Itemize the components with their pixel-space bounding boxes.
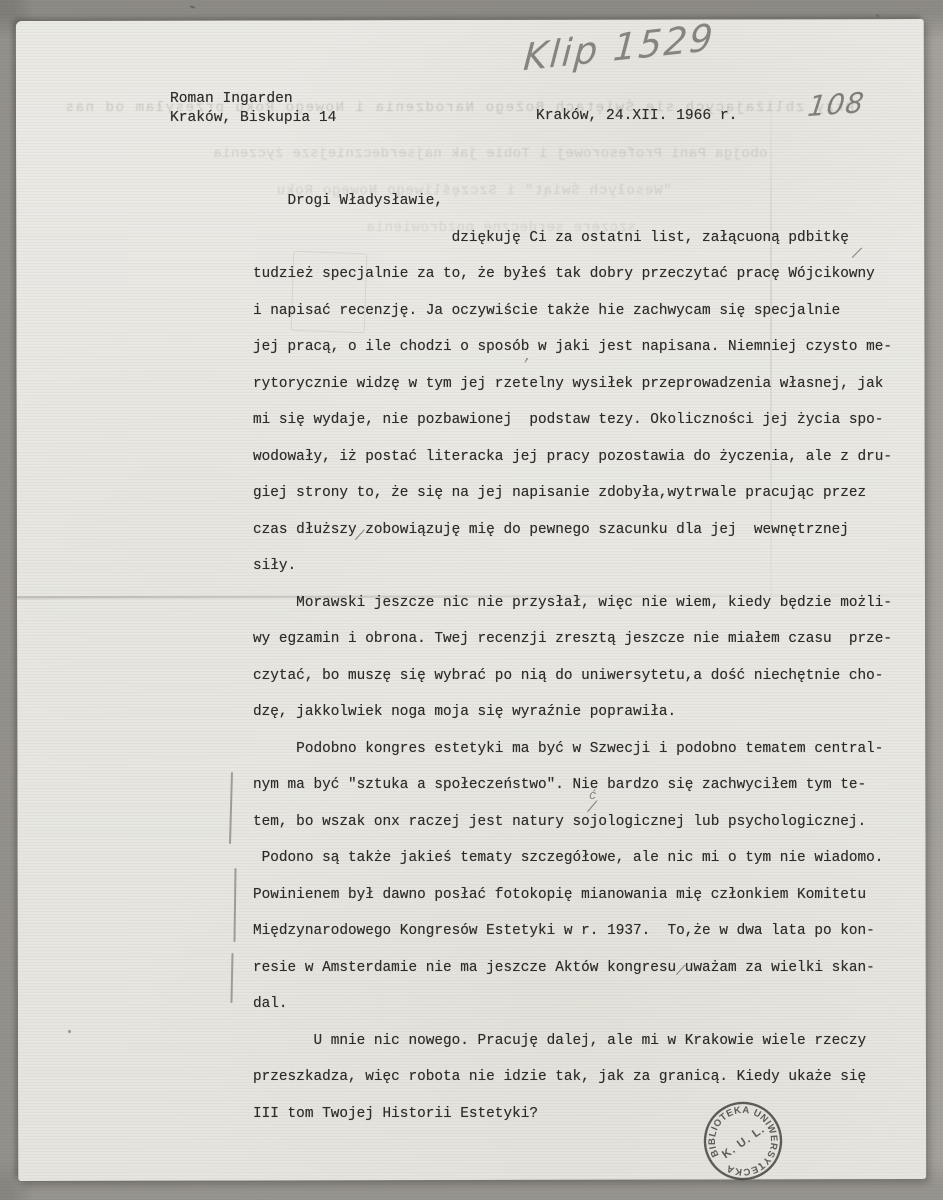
letter-line: siły. [253, 548, 892, 585]
letter-line: U mnie nic nowego. Pracuję dalej, ale mi… [253, 1023, 892, 1060]
letter-line: Podobno kongres estetyki ma być w Szwecj… [253, 731, 892, 768]
letter-line: dzę, jakkolwiek noga moja się wyraźnie p… [253, 694, 892, 731]
bleedthrough-line: obojga Pani Profesorowej i Tobie jak naj… [213, 146, 768, 162]
letter-line: mi się wydaje, nie pozbawionej podstaw t… [253, 402, 892, 439]
letter-line: rytorycznie widzę w tym jej rzetelny wys… [253, 366, 892, 403]
paper-speck [68, 1030, 71, 1033]
sender-address-block: Roman Ingarden Kraków, Biskupia 14 [170, 90, 336, 127]
letter-line: czytać, bo muszę się wybrać po nią do un… [253, 658, 892, 695]
letter-line: Podono są także jakieś tematy szczegółow… [253, 840, 892, 877]
letter-line: Drogi Władysławie, [253, 183, 892, 220]
pencil-correction-mark: / [675, 963, 686, 981]
letter-line: resie w Amsterdamie nie ma jeszcze Aktów… [253, 950, 892, 987]
letter-line: czas dłuższy zobowiązuję mię do pewnego … [253, 512, 892, 549]
letter-line: jej pracą, o ile chodzi o sposób w jaki … [253, 329, 892, 366]
letter-line: giej strony to, że się na jej napisanie … [253, 475, 892, 512]
letter-line: Morawski jeszcze nic nie przysłał, więc … [253, 585, 892, 622]
letter-line: nym ma być "sztuka a społeczeństwo". Nie… [253, 767, 892, 804]
pencil-correction-mark: / [586, 799, 597, 818]
handwritten-page-number: 108 [806, 86, 867, 123]
letter-body: Drogi Władysławie, dziękuję Ci za ostatn… [253, 183, 892, 1132]
stamp-center-text: K. U. L. [720, 1123, 767, 1161]
pencil-correction-mark: , [524, 349, 532, 365]
letter-line: Międzynarodowego Kongresów Estetyki w r.… [253, 913, 892, 950]
dateline: Kraków, 24.XII. 1966 r. [536, 108, 737, 124]
letter-line: tem, bo wszak onx raczej jest natury soj… [253, 804, 892, 841]
letter-line: tudzież specjalnie za to, że byłeś tak d… [253, 256, 892, 293]
scanned-letter-page: { "annotations": { "archive_code": "Klip… [0, 0, 943, 1200]
library-stamp: BIBLIOTEKA UNIWERSYTECKA • K. U. L. [687, 1085, 799, 1197]
paper-speck [190, 5, 195, 9]
letter-line: i napisać recenzję. Ja oczywiście także … [253, 293, 892, 330]
pencil-correction-mark: / [354, 528, 365, 546]
letter-line: Powinienem był dawno posłać fotokopię mi… [253, 877, 892, 914]
letter-line: dal. [253, 986, 892, 1023]
letter-line: wy egzamin i obrona. Twej recenzji zresz… [253, 621, 892, 658]
letter-line: dziękuję Ci za ostatni list, załącuoną p… [253, 220, 892, 257]
letter-line: wodowały, iż postać literacka jej pracy … [253, 439, 892, 476]
paper-speck [876, 14, 879, 17]
